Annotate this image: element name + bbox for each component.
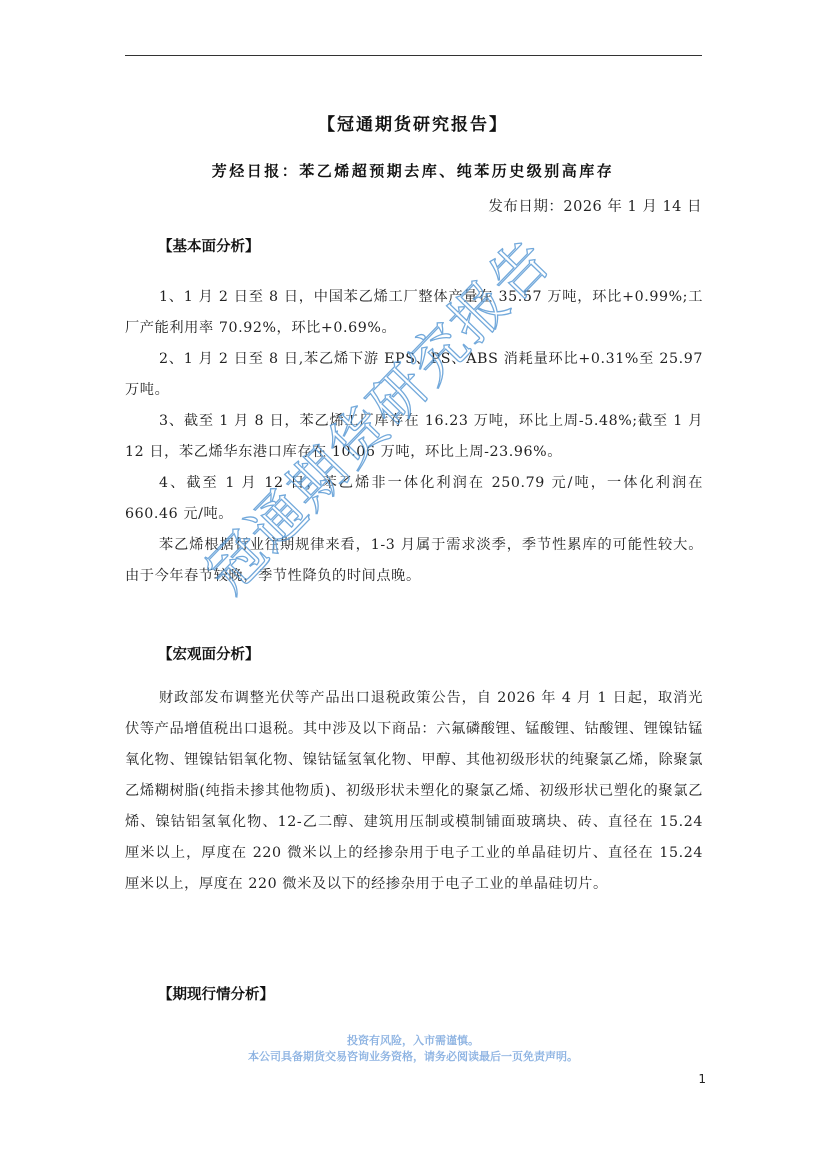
section-heading-fundamental: 【基本面分析】 [158,235,260,256]
paragraph-fundamental-1: 1、1 月 2 日至 8 日，中国苯乙烯工厂整体产量在 35.57 万吨，环比+… [125,282,703,344]
footer-risk-warning: 投资有风险，入市需谨慎。 [0,1033,826,1048]
page-number: 1 [698,1072,706,1086]
paragraph-fundamental-4: 4、截至 1 月 12 日，苯乙烯非一体化利润在 250.79 元/吨，一体化利… [125,468,703,530]
paragraph-macro-1: 财政部发布调整光伏等产品出口退税政策公告，自 2026 年 4 月 1 日起，取… [125,683,703,900]
publish-date: 发布日期：2026 年 1 月 14 日 [488,195,702,216]
report-title: 【冠通期货研究报告】 [0,110,826,135]
paragraph-fundamental-5: 苯乙烯根据行业往期规律来看，1-3 月属于需求淡季，季节性累库的可能性较大。由于… [125,530,703,592]
report-subtitle: 芳烃日报：苯乙烯超预期去库、纯苯历史级别高库存 [0,160,826,181]
paragraph-fundamental-3: 3、截至 1 月 8 日，苯乙烯工厂库存在 16.23 万吨，环比上周-5.48… [125,406,703,468]
footer-disclaimer: 本公司具备期货交易咨询业务资格，请务必阅读最后一页免责声明。 [0,1049,826,1064]
document-page: 【冠通期货研究报告】 芳烃日报：苯乙烯超预期去库、纯苯历史级别高库存 发布日期：… [0,0,826,1169]
paragraph-fundamental-2: 2、1 月 2 日至 8 日,苯乙烯下游 EPS、PS、ABS 消耗量环比+0.… [125,344,703,406]
section-heading-market: 【期现行情分析】 [158,983,274,1004]
section-heading-macro: 【宏观面分析】 [158,643,260,664]
header-rule [125,55,702,56]
